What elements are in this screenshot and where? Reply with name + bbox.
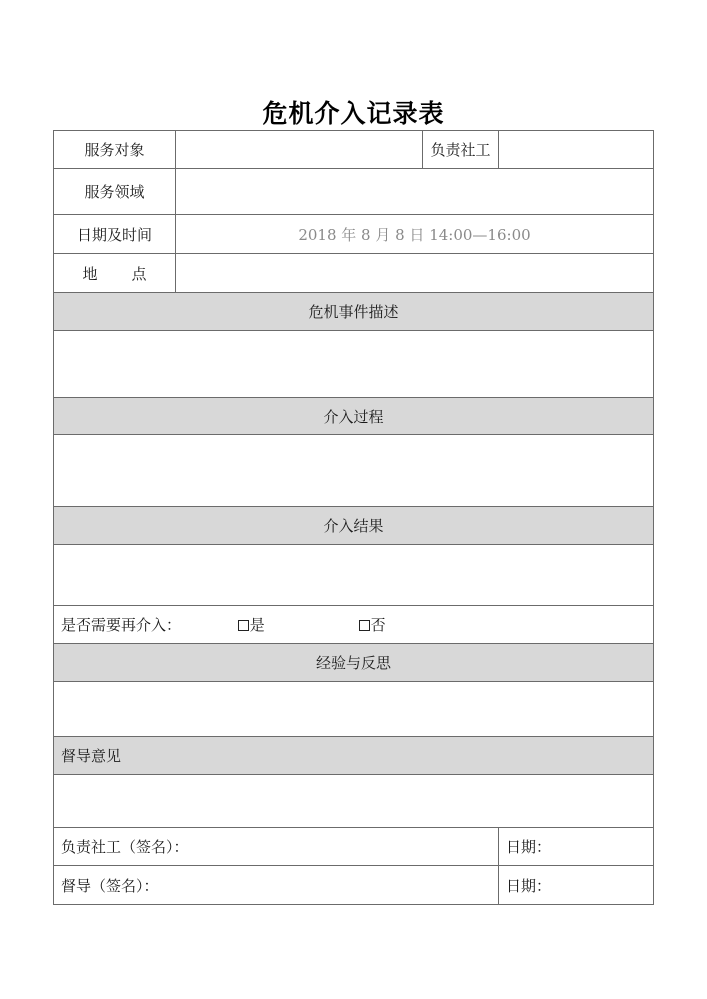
- form-title: 危机介入记录表: [0, 94, 707, 130]
- social-worker-date[interactable]: 日期：: [499, 828, 654, 866]
- experience-reflection-field[interactable]: [54, 682, 654, 737]
- service-target-field[interactable]: [176, 131, 423, 169]
- location-label-part-1: 地: [82, 265, 97, 283]
- datetime-field[interactable]: 2018 年 8 月 8 日 14:00—16:00: [176, 215, 654, 254]
- datetime-label: 日期及时间: [54, 215, 176, 254]
- location-label: 地点: [54, 254, 176, 293]
- social-worker-field[interactable]: [499, 131, 654, 169]
- option-yes-label: 是: [250, 616, 265, 634]
- supervisor-date[interactable]: 日期：: [499, 866, 654, 905]
- location-field[interactable]: [176, 254, 654, 293]
- service-target-label: 服务对象: [54, 131, 176, 169]
- option-no-label: 否: [371, 616, 386, 634]
- section-header-intervention-process: 介入过程: [54, 398, 654, 435]
- checkbox-no[interactable]: [359, 620, 370, 631]
- section-header-crisis-description: 危机事件描述: [54, 293, 654, 331]
- supervisor-opinion-field[interactable]: [54, 775, 654, 828]
- checkbox-yes[interactable]: [238, 620, 249, 631]
- reintervention-row: 是否需要再介入： 是 否: [54, 606, 654, 644]
- intervention-process-field[interactable]: [54, 435, 654, 507]
- option-no[interactable]: 否: [359, 614, 386, 635]
- location-label-part-2: 点: [132, 265, 147, 283]
- supervisor-signature[interactable]: 督导（签名）：: [54, 866, 499, 905]
- section-header-supervisor-opinion: 督导意见: [54, 737, 654, 775]
- section-header-experience-reflection: 经验与反思: [54, 644, 654, 682]
- crisis-description-field[interactable]: [54, 331, 654, 398]
- social-worker-label: 负责社工: [423, 131, 499, 169]
- section-header-intervention-result: 介入结果: [54, 507, 654, 545]
- reintervention-label: 是否需要再介入：: [61, 616, 181, 634]
- intervention-result-field[interactable]: [54, 545, 654, 606]
- option-yes[interactable]: 是: [238, 614, 265, 635]
- service-area-label: 服务领域: [54, 169, 176, 215]
- service-area-field[interactable]: [176, 169, 654, 215]
- social-worker-signature[interactable]: 负责社工（签名）：: [54, 828, 499, 866]
- crisis-record-table: 服务对象 负责社工 服务领域 日期及时间 2018 年 8 月 8 日 14:0…: [53, 130, 654, 905]
